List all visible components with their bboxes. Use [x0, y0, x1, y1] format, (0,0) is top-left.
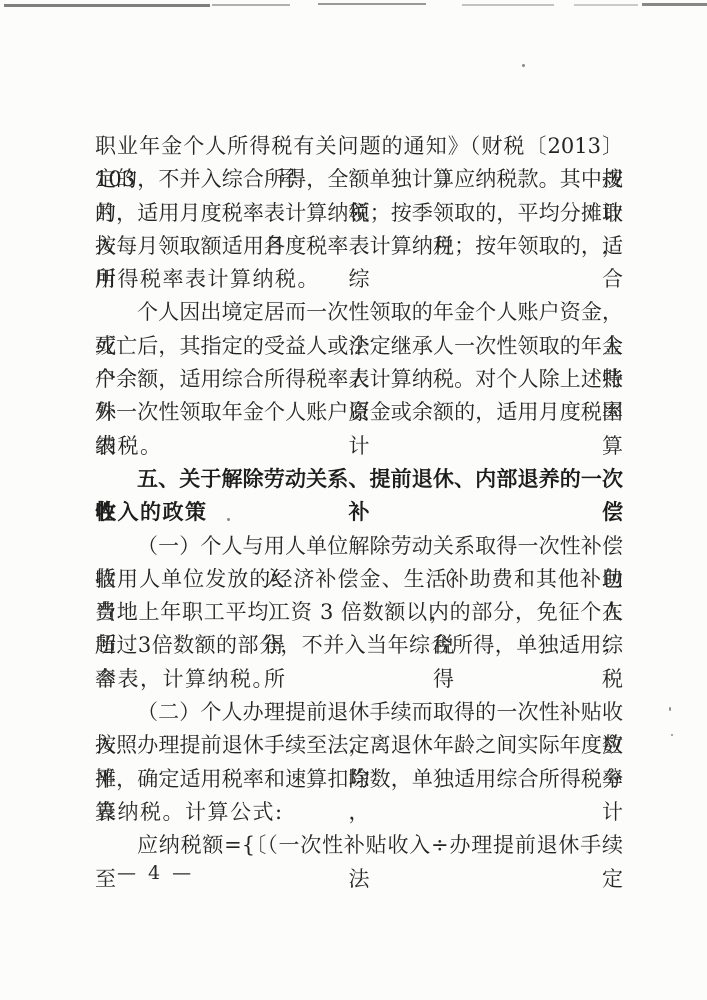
body-line: 定的，不并入综合所得，全额单独计算应纳税款。其中按月领取 — [95, 163, 623, 196]
body-line: 当地上年职工平均工资 3 倍数额以内的部分，免征个人所得税； — [95, 596, 623, 629]
body-line: 摊，确定适用税率和速算扣除数，单独适用综合所得税率表，计 — [95, 763, 623, 796]
scan-artifact-streak — [318, 3, 426, 5]
scan-artifact-streak — [462, 4, 554, 6]
body-line: 括用人单位发放的经济补偿金、生活补助费和其他补助费），在 — [95, 563, 623, 596]
body-line: 外一次性领取年金个人账户资金或余额的，适用月度税率表计算 — [95, 396, 623, 429]
body-line: 死亡后，其指定的受益人或法定继承人一次性领取的年金个人账 — [95, 330, 623, 363]
scan-artifact-streak — [212, 4, 290, 6]
scan-artifact-streak — [574, 4, 638, 6]
scan-artifact-speck — [669, 707, 671, 711]
body-line: 按每月领取额适用月度税率表计算纳税；按年领取的，适用综合 — [95, 230, 623, 263]
body-line: （一）个人与用人单位解除劳动关系取得一次性补偿收入（包 — [95, 530, 623, 563]
body-line: 户余额，适用综合所得税率表计算纳税。对个人除上述特殊原因 — [95, 363, 623, 396]
formula-line: 应纳税额={〔（一次性补贴收入÷办理提前退休手续至法定 — [95, 829, 623, 862]
body-line: （二）个人办理提前退休手续而取得的一次性补贴收入，应 — [95, 696, 623, 729]
scan-artifact-speck — [671, 734, 673, 736]
body-line: 的，适用月度税率表计算纳税；按季领取的，平均分摊计入各月， — [95, 197, 623, 230]
scanned-document-page: 职业年金个人所得税有关问题的通知》（财税〔2013〕103号）规 定的，不并入综… — [0, 0, 707, 1000]
scan-artifact-streak — [642, 3, 707, 6]
body-line: 按照办理提前退休手续至法定离退休年龄之间实际年度数平均分 — [95, 729, 623, 762]
section-heading: 五、关于解除劳动关系、提前退休、内部退养的一次性补偿 — [95, 463, 623, 496]
body-line: 超过3倍数额的部分，不并入当年综合所得，单独适用综合所得税 — [95, 629, 623, 662]
body-line: 职业年金个人所得税有关问题的通知》（财税〔2013〕103号）规 — [95, 130, 623, 163]
body-line: 个人因出境定居而一次性领取的年金个人账户资金，或个人 — [95, 296, 623, 329]
page-number: — 4 — — [117, 862, 194, 884]
scan-artifact-speck — [522, 64, 525, 67]
scan-artifact-streak — [4, 4, 210, 7]
document-body-text: 职业年金个人所得税有关问题的通知》（财税〔2013〕103号）规 定的，不并入综… — [95, 130, 623, 863]
